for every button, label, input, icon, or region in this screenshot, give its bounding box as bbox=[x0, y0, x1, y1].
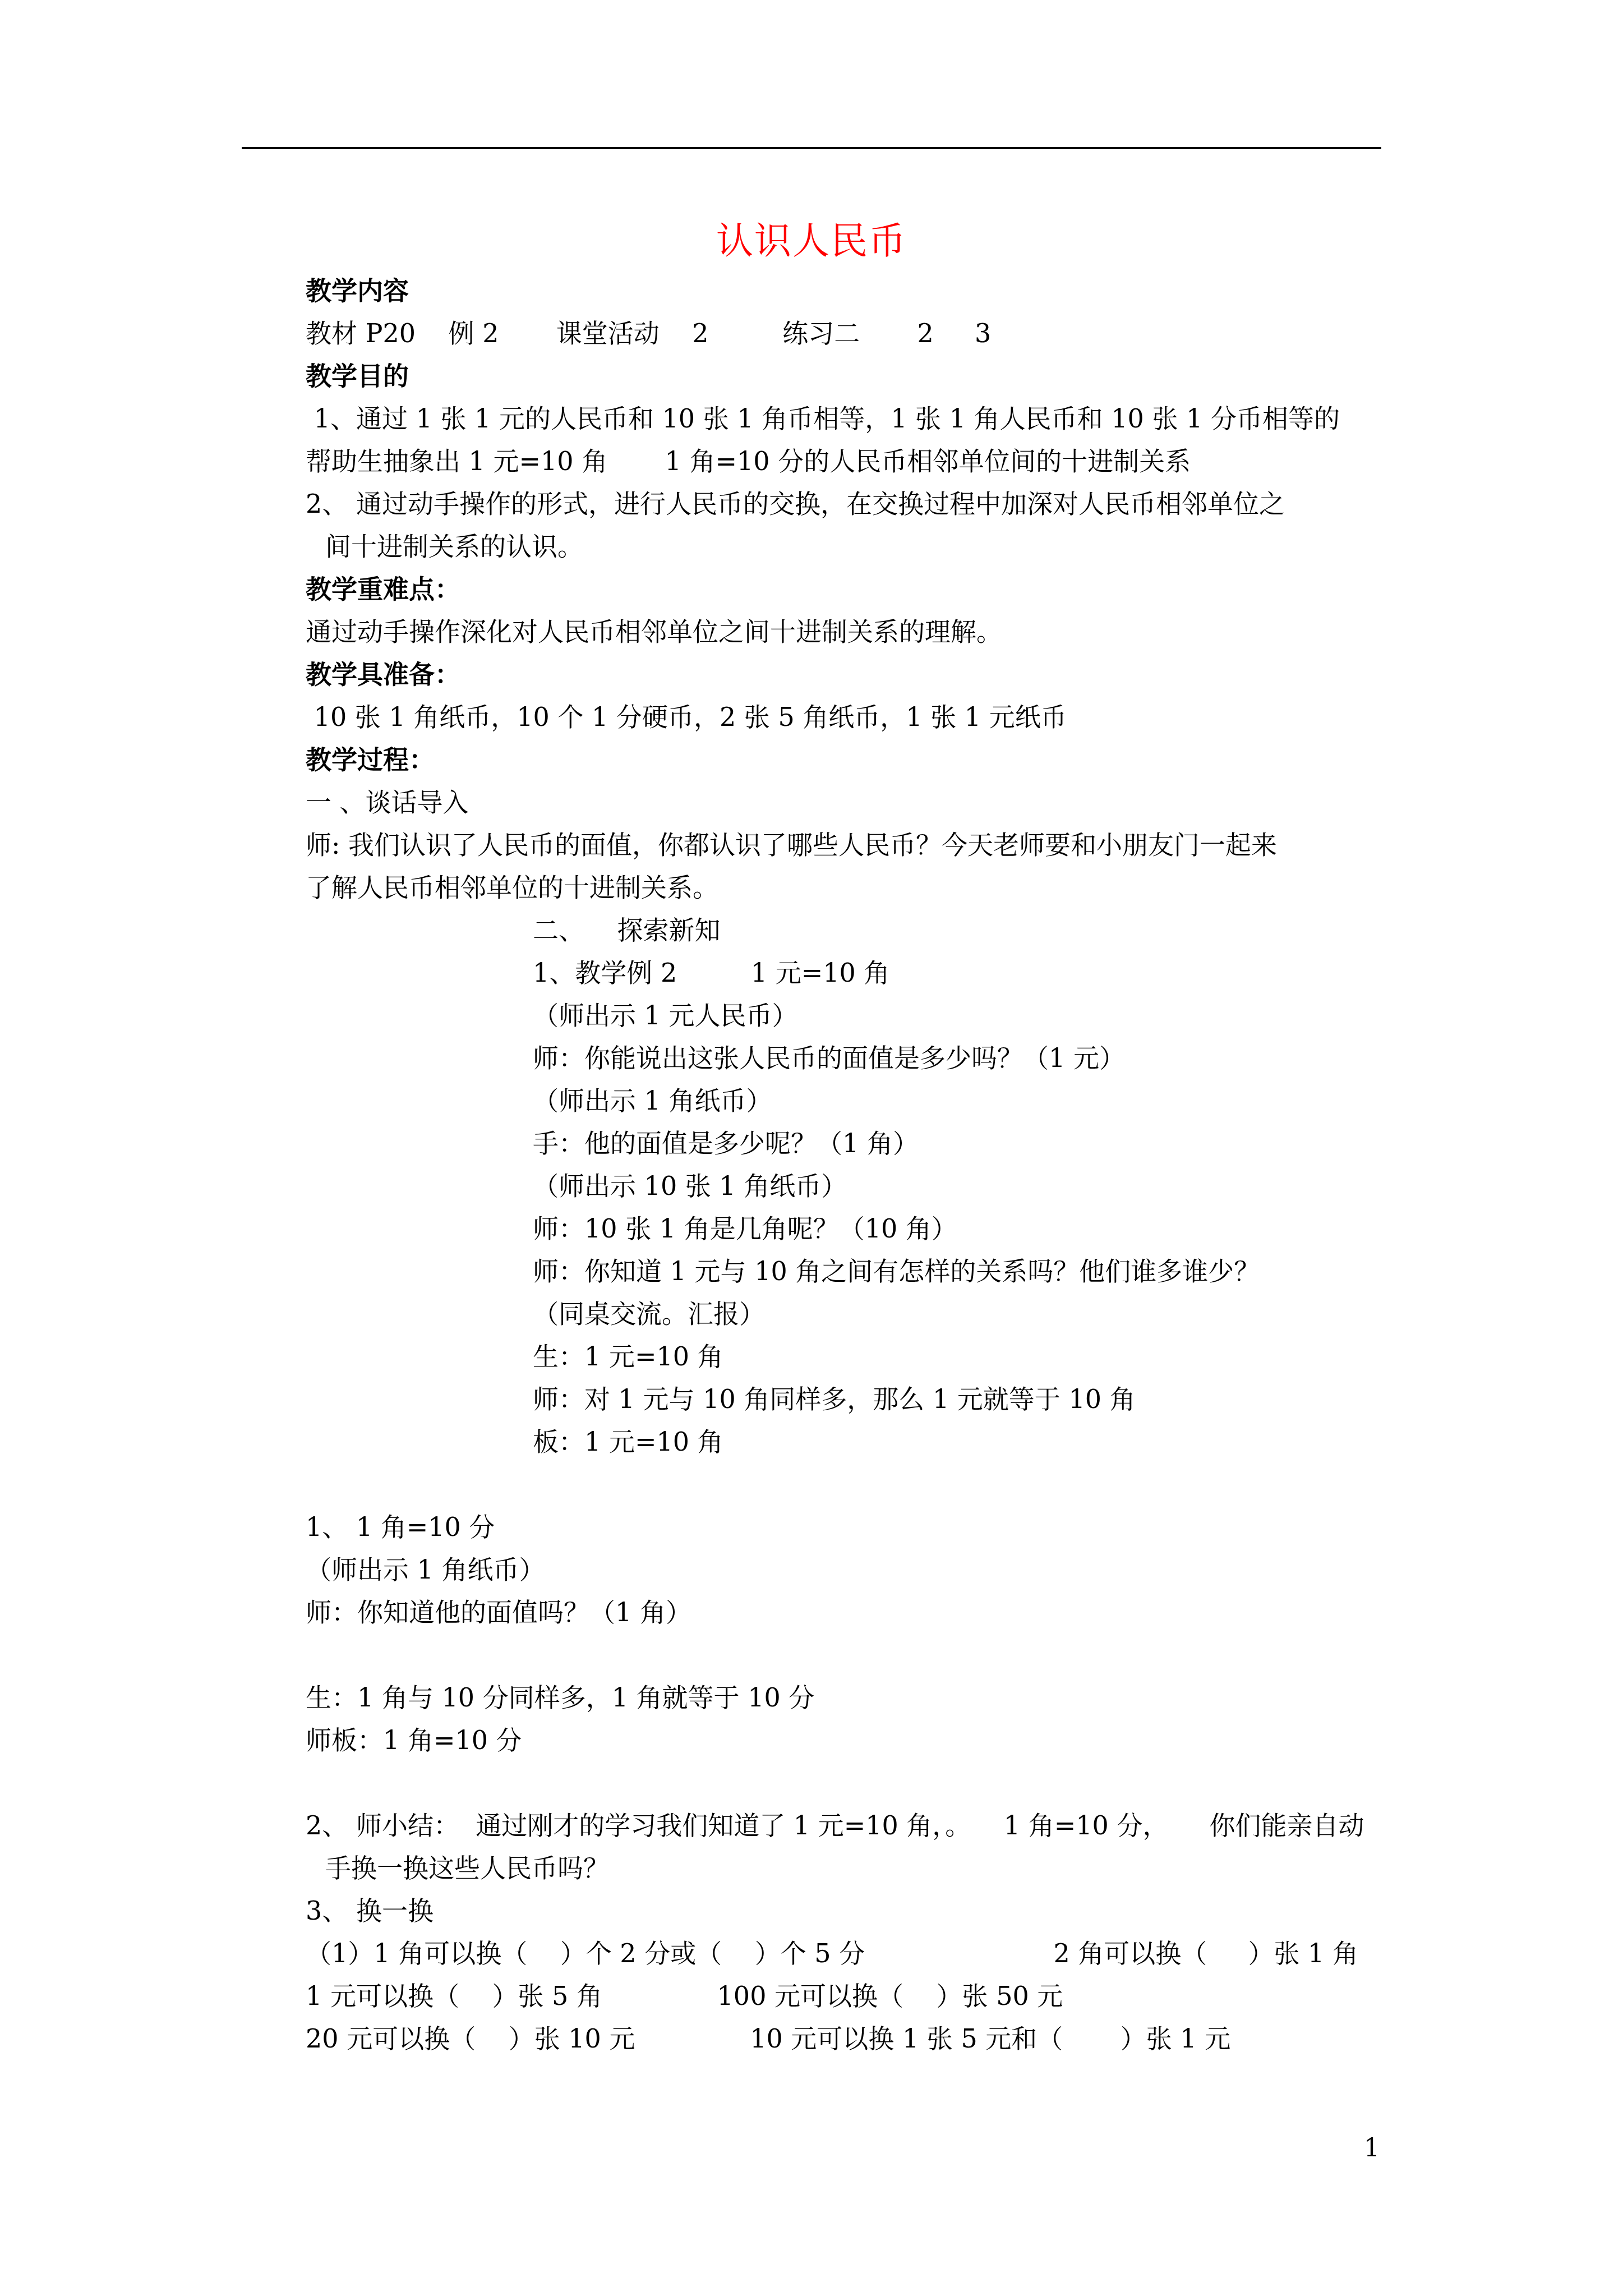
intro-heading: 一 、谈话导入 bbox=[306, 785, 469, 819]
exchange-line: 1 元可以换（ ）张 5 角 100 元可以换（ ）张 50 元 bbox=[306, 1979, 1063, 2013]
part2b-line: 生：1 角与 10 分同样多，1 角就等于 10 分 bbox=[306, 1681, 814, 1714]
exchange-line: 20 元可以换（ ）张 10 元 10 元可以换 1 张 5 元和（ ）张 1 … bbox=[306, 2022, 1230, 2055]
intro-line: 了解人民币相邻单位的十进制关系。 bbox=[306, 871, 718, 904]
explore-line: 师：你能说出这张人民币的面值是多少吗？（1 元） bbox=[533, 1041, 1125, 1075]
section-heading-materials: 教学具准备： bbox=[306, 657, 460, 691]
goal-line: 2、 通过动手操作的形式，进行人民币的交换，在交换过程中加深对人民币相邻单位之 bbox=[306, 487, 1285, 521]
explore-line: 师：你知道 1 元与 10 角之间有怎样的关系吗？他们谁多谁少？ bbox=[533, 1254, 1260, 1288]
explore-line: 师：10 张 1 角是几角呢？（10 角） bbox=[533, 1212, 957, 1245]
keypoints-text: 通过动手操作深化对人民币相邻单位之间十进制关系的理解。 bbox=[306, 615, 1002, 648]
exchange-heading: 3、 换一换 bbox=[306, 1894, 434, 1927]
summary-line: 2、 师小结： 通过刚才的学习我们知道了 1 元=10 角，。 1 角=10 分… bbox=[306, 1809, 1364, 1842]
explore-heading: 二、 探索新知 bbox=[533, 913, 721, 947]
part2-line: 师：你知道他的面值吗？（1 角） bbox=[306, 1595, 691, 1629]
part2-line: 1、 1 角=10 分 bbox=[306, 1510, 495, 1544]
explore-line: 手：他的面值是多少呢？（1 角） bbox=[533, 1126, 919, 1160]
explore-line: （师出示 10 张 1 角纸币） bbox=[533, 1169, 847, 1203]
explore-line: （师出示 1 角纸币） bbox=[533, 1084, 772, 1117]
goal-line: 帮助生抽象出 1 元=10 角 1 角=10 分的人民币相邻单位间的十进制关系 bbox=[306, 444, 1191, 478]
part2-line: （师出示 1 角纸币） bbox=[306, 1553, 545, 1586]
section-heading-goals: 教学目的 bbox=[306, 359, 409, 393]
section-heading-keypoints: 教学重难点： bbox=[306, 572, 460, 606]
intro-line: 师: 我们认识了人民币的面值，你都认识了哪些人民币？今天老师要和小朋友门一起来 bbox=[306, 828, 1277, 862]
goal-line: 1、通过 1 张 1 元的人民币和 10 张 1 角币相等，1 张 1 角人民币… bbox=[306, 402, 1340, 435]
explore-line: 生：1 元=10 角 bbox=[533, 1340, 723, 1373]
explore-line: 师：对 1 元与 10 角同样多，那么 1 元就等于 10 角 bbox=[533, 1382, 1136, 1416]
section-heading-process: 教学过程： bbox=[306, 743, 435, 776]
explore-line: （师出示 1 元人民币） bbox=[533, 999, 798, 1032]
explore-line: 1、教学例 2 1 元=10 角 bbox=[533, 956, 889, 990]
exchange-line: （1）1 角可以换（ ）个 2 分或（ ）个 5 分 2 角可以换（ ）张 1 … bbox=[306, 1936, 1358, 1970]
materials-text: 10 张 1 角纸币，10 个 1 分硬币，2 张 5 角纸币，1 张 1 元纸… bbox=[306, 700, 1067, 734]
page-number: 1 bbox=[1364, 2132, 1380, 2165]
explore-line: （同桌交流。汇报） bbox=[533, 1297, 765, 1331]
summary-line: 手换一换这些人民币吗？ bbox=[325, 1851, 609, 1885]
section-heading-content: 教学内容 bbox=[306, 274, 409, 307]
content-text: 教材 P20 例 2 课堂活动 2 练习二 2 3 bbox=[306, 316, 991, 350]
explore-line: 板：1 元=10 角 bbox=[533, 1425, 723, 1458]
part2b-line: 师板：1 角=10 分 bbox=[306, 1723, 522, 1757]
header-rule bbox=[242, 147, 1381, 149]
document-title: 认识人民币 bbox=[0, 216, 1623, 266]
goal-line: 间十进制关系的认识。 bbox=[325, 530, 583, 563]
